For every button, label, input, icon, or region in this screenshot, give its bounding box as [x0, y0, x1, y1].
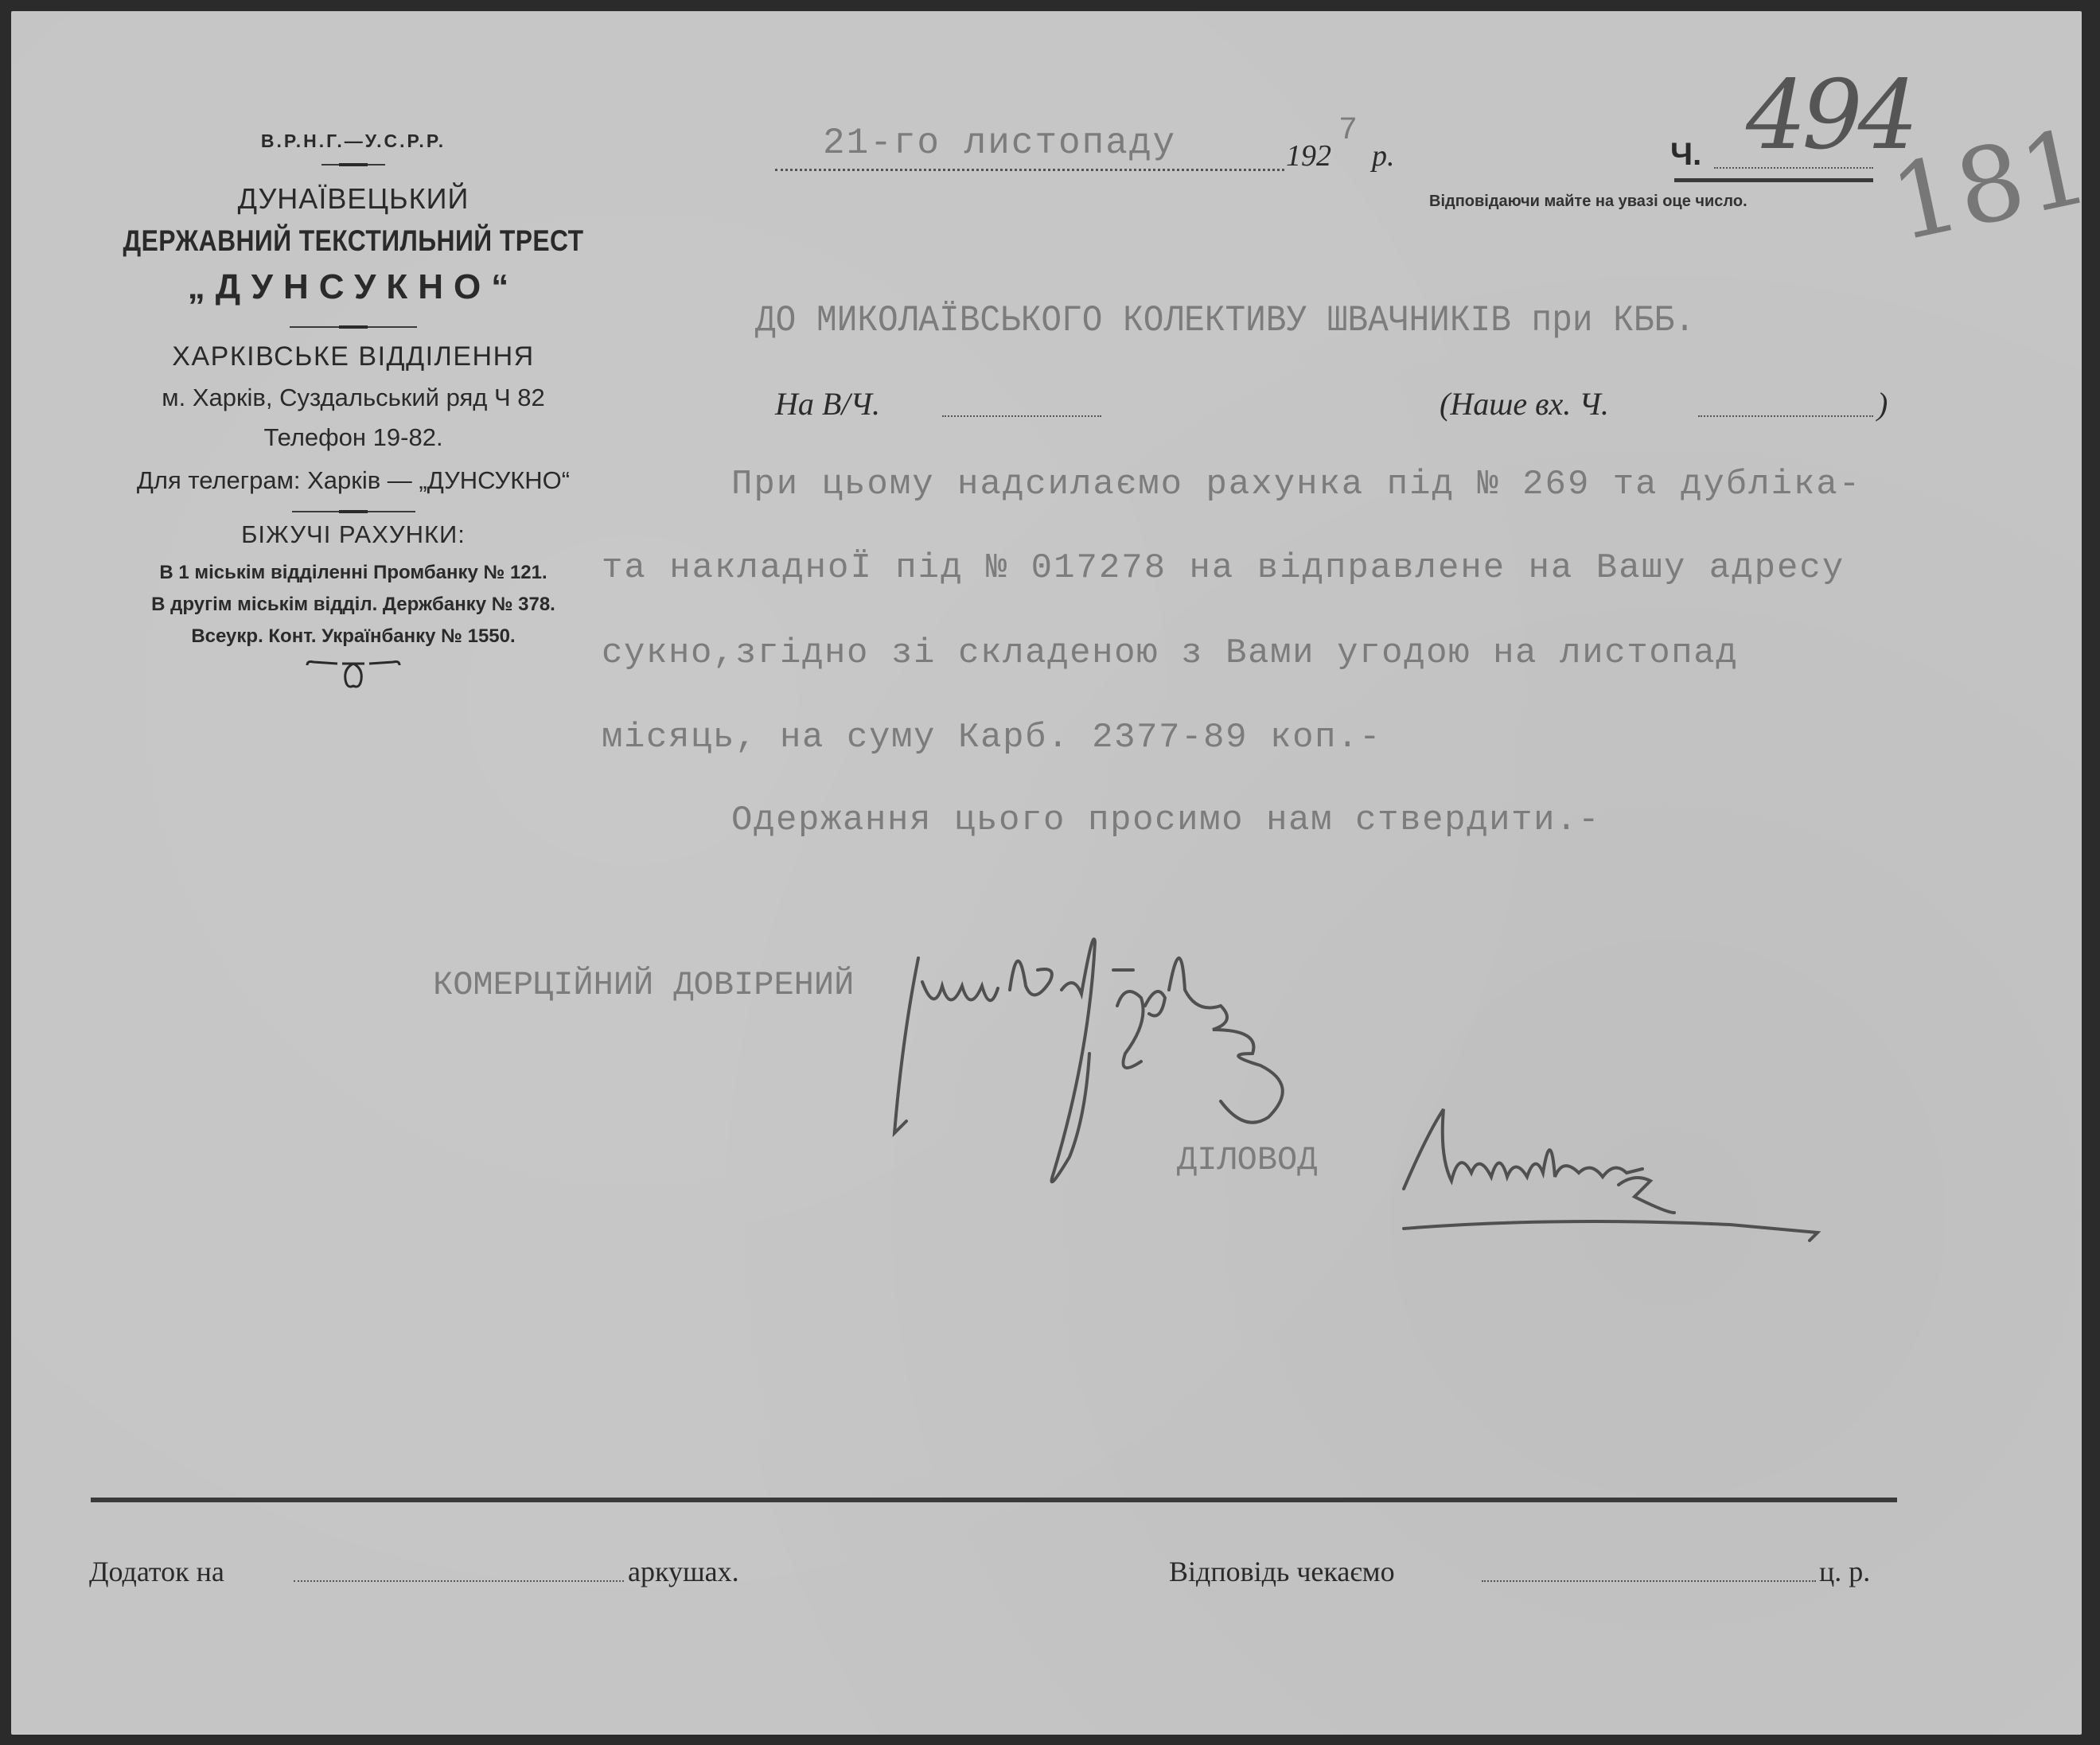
reply-field[interactable] [1482, 1580, 1816, 1582]
attachment-label: Додаток на [89, 1555, 224, 1588]
date-dotted-line [775, 169, 1284, 171]
letterhead-phone: Телефон 19-82. [67, 423, 640, 452]
body-line: та накладноЇ під № 017278 на відправлене… [602, 548, 1845, 588]
reply-label: Відповідь чекаємо [1169, 1555, 1395, 1588]
year-abbr: р. [1372, 138, 1395, 173]
letterhead-org-line1: ДУНАЇВЕЦЬКИЙ [67, 182, 640, 216]
signature-clerk [1396, 1093, 2001, 1272]
year-suffix: 7 [1338, 113, 1358, 149]
letterhead-brand: „ДУНСУКНО“ [67, 267, 640, 307]
letterhead-org-line2: ДЕРЖАВНИЙ ТЕКСТИЛЬНИЙ ТРЕСТ [107, 224, 599, 258]
your-ref-field[interactable] [942, 415, 1101, 417]
body-line: сукно,згідно зі складеною з Вами угодою … [602, 633, 1738, 673]
reply-suffix: ц. р. [1819, 1555, 1870, 1588]
number-note: Відповідаючи майте на увазі оце число. [1429, 193, 1747, 211]
number-rule [1674, 178, 1873, 182]
date-typed: 21-го листопаду [823, 123, 1176, 164]
body-line: місяць, на суму Карб. 2377-89 коп.- [602, 718, 1381, 758]
our-ref-field[interactable] [1698, 415, 1873, 417]
letterhead-divider [67, 164, 640, 166]
letterhead-gov: В.Р.Н.Г.—У.С.Р.Р. [67, 130, 640, 152]
letterhead-accounts-heading: БІЖУЧІ РАХУНКИ: [67, 520, 640, 549]
letterhead-account: Всеукр. Конт. Українбанку № 1550. [67, 625, 640, 648]
letterhead-divider [67, 326, 640, 328]
addressee: ДО МИКОЛАЇВСЬКОГО КОЛЕКТИВУ ШВАЧНИКІВ пр… [755, 300, 1695, 341]
our-ref-label: (Наше вх. Ч. [1440, 385, 1609, 423]
year-prefix: 192 [1286, 138, 1331, 173]
attachment-field[interactable] [294, 1580, 624, 1582]
signature-title-commercial: КОМЕРЦІЙНИЙ ДОВІРЕНИЙ [433, 966, 854, 1004]
letterhead-branch: ХАРКІВСЬКЕ ВІДДІЛЕННЯ [67, 341, 640, 372]
number-label: Ч. [1670, 137, 1701, 173]
your-ref-label: На В/Ч. [775, 385, 880, 423]
letterhead-divider [67, 511, 640, 512]
body-line: При цьому надсилаємо рахунка під № 269 т… [731, 465, 1861, 504]
ornament-icon [67, 657, 640, 702]
document-page: В.Р.Н.Г.—У.С.Р.Р. ДУНАЇВЕЦЬКИЙ ДЕРЖАВНИЙ… [11, 11, 2082, 1735]
our-ref-close: ) [1877, 385, 1888, 423]
letterhead-address: м. Харків, Суздальський ряд Ч 82 [67, 384, 640, 412]
letterhead-account: В другім міськім відділ. Держбанку № 378… [67, 594, 640, 616]
pencil-mark: 181 [1881, 105, 2099, 264]
letterhead-account: В 1 міськім відділенні Промбанку № 121. [67, 562, 640, 584]
letterhead-telegram: Для телеграм: Харків — „ДУНСУКНО“ [67, 466, 640, 495]
attachment-suffix: аркушах. [628, 1555, 739, 1588]
footer-rule [91, 1498, 1897, 1502]
body-line: Одержання цього просимо нам ствердити.- [731, 800, 1600, 840]
signature-title-clerk: ДІЛОВОД [1177, 1141, 1317, 1179]
